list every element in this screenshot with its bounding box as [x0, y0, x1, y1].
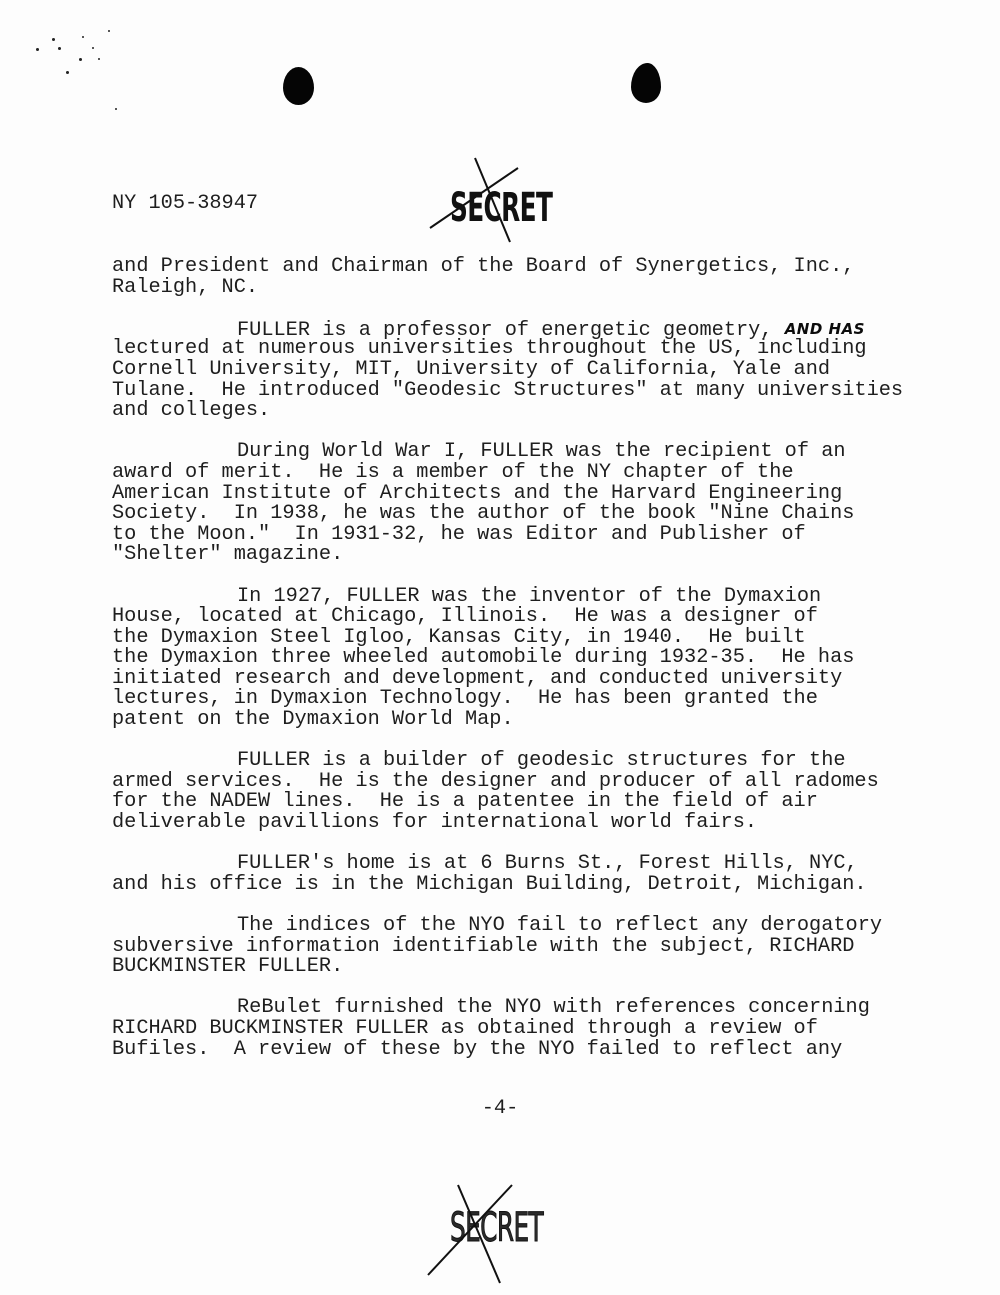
line-text: The indices of the NYO fail to reflect a…	[237, 914, 882, 937]
line-text: armed services. He is the designer and p…	[112, 770, 879, 793]
handwritten-annotation: AND HAS	[785, 320, 865, 338]
paragraph: The indices of the NYO fail to reflect a…	[112, 916, 932, 978]
line-text: FULLER is a builder of geodesic structur…	[237, 749, 846, 772]
line-text: American Institute of Architects and the…	[112, 482, 842, 505]
punch-hole	[283, 67, 314, 105]
text-line: "Shelter" magazine.	[112, 545, 932, 566]
line-text: patent on the Dymaxion World Map.	[112, 708, 514, 731]
text-line: Raleigh, NC.	[112, 278, 932, 299]
paragraph: FULLER is a professor of energetic geome…	[112, 319, 932, 422]
paragraph: During World War I, FULLER was the recip…	[112, 442, 932, 566]
text-line: the Dymaxion Steel Igloo, Kansas City, i…	[112, 628, 932, 649]
line-text: FULLER's home is at 6 Burns St., Forest …	[237, 852, 858, 875]
text-line: and his office is in the Michigan Buildi…	[112, 875, 932, 896]
text-line: Society. In 1938, he was the author of t…	[112, 504, 932, 525]
line-text: BUCKMINSTER FULLER.	[112, 955, 343, 978]
text-line: patent on the Dymaxion World Map.	[112, 710, 932, 731]
line-text: the Dymaxion three wheeled automobile du…	[112, 646, 854, 669]
text-line: FULLER's home is at 6 Burns St., Forest …	[112, 854, 932, 875]
text-line: BUCKMINSTER FULLER.	[112, 957, 932, 978]
text-line: lectures, in Dymaxion Technology. He has…	[112, 689, 932, 710]
text-line: for the NADEW lines. He is a patentee in…	[112, 792, 932, 813]
line-text: During World War I, FULLER was the recip…	[237, 440, 846, 463]
line-text: and his office is in the Michigan Buildi…	[112, 873, 867, 896]
paragraph: ReBulet furnished the NYO with reference…	[112, 998, 932, 1060]
line-text: to the Moon." In 1931-32, he was Editor …	[112, 523, 806, 546]
line-text: initiated research and development, and …	[112, 667, 842, 690]
text-line: deliverable pavillions for international…	[112, 813, 932, 834]
line-text: In 1927, FULLER was the inventor of the …	[237, 585, 821, 608]
text-line: FULLER is a professor of energetic geome…	[112, 319, 932, 340]
text-line: FULLER is a builder of geodesic structur…	[112, 751, 932, 772]
text-line: Tulane. He introduced "Geodesic Structur…	[112, 381, 932, 402]
text-line: House, located at Chicago, Illinois. He …	[112, 607, 932, 628]
document-body: and President and Chairman of the Board …	[112, 257, 932, 1081]
line-text: deliverable pavillions for international…	[112, 811, 757, 834]
paragraph: In 1927, FULLER was the inventor of the …	[112, 587, 932, 731]
text-line: Bufiles. A review of these by the NYO fa…	[112, 1040, 932, 1061]
line-text: Raleigh, NC.	[112, 276, 258, 299]
classification-stamp-top: SECRET	[428, 156, 524, 244]
line-text: subversive information identifiable with…	[112, 935, 854, 958]
line-text: lectures, in Dymaxion Technology. He has…	[112, 687, 818, 710]
line-text: Cornell University, MIT, University of C…	[112, 358, 830, 381]
text-line: award of merit. He is a member of the NY…	[112, 463, 932, 484]
line-text: for the NADEW lines. He is a patentee in…	[112, 790, 818, 813]
cross-out-mark	[426, 1182, 532, 1286]
cross-out-mark	[428, 156, 524, 244]
text-line: American Institute of Architects and the…	[112, 484, 932, 505]
text-line: Cornell University, MIT, University of C…	[112, 360, 932, 381]
line-text: the Dymaxion Steel Igloo, Kansas City, i…	[112, 626, 806, 649]
line-text: ReBulet furnished the NYO with reference…	[237, 996, 870, 1019]
line-text: and President and Chairman of the Board …	[112, 255, 854, 278]
page-number: -4-	[0, 1099, 1000, 1120]
line-text: RICHARD BUCKMINSTER FULLER as obtained t…	[112, 1017, 818, 1040]
text-line: RICHARD BUCKMINSTER FULLER as obtained t…	[112, 1019, 932, 1040]
file-number: NY 105-38947	[112, 194, 258, 215]
text-line: and President and Chairman of the Board …	[112, 257, 932, 278]
line-text: lectured at numerous universities throug…	[112, 337, 867, 360]
line-text: award of merit. He is a member of the NY…	[112, 461, 794, 484]
text-line: subversive information identifiable with…	[112, 937, 932, 958]
line-text: and colleges.	[112, 399, 270, 422]
paragraph: FULLER's home is at 6 Burns St., Forest …	[112, 854, 932, 895]
text-line: The indices of the NYO fail to reflect a…	[112, 916, 932, 937]
line-text: "Shelter" magazine.	[112, 543, 343, 566]
text-line: and colleges.	[112, 401, 932, 422]
line-text: Bufiles. A review of these by the NYO fa…	[112, 1038, 842, 1061]
text-line: the Dymaxion three wheeled automobile du…	[112, 648, 932, 669]
text-line: to the Moon." In 1931-32, he was Editor …	[112, 525, 932, 546]
text-line: In 1927, FULLER was the inventor of the …	[112, 587, 932, 608]
classification-stamp-bottom: SECRET	[426, 1182, 532, 1286]
document-page: NY 105-38947 SECRET and President and Ch…	[0, 0, 1000, 1295]
line-text: Tulane. He introduced "Geodesic Structur…	[112, 379, 903, 402]
paragraph: and President and Chairman of the Board …	[112, 257, 932, 298]
line-text: House, located at Chicago, Illinois. He …	[112, 605, 818, 628]
text-line: During World War I, FULLER was the recip…	[112, 442, 932, 463]
text-line: lectured at numerous universities throug…	[112, 339, 932, 360]
punch-hole	[631, 63, 661, 103]
line-text: Society. In 1938, he was the author of t…	[112, 502, 854, 525]
paragraph: FULLER is a builder of geodesic structur…	[112, 751, 932, 833]
text-line: armed services. He is the designer and p…	[112, 772, 932, 793]
text-line: ReBulet furnished the NYO with reference…	[112, 998, 932, 1019]
text-line: initiated research and development, and …	[112, 669, 932, 690]
